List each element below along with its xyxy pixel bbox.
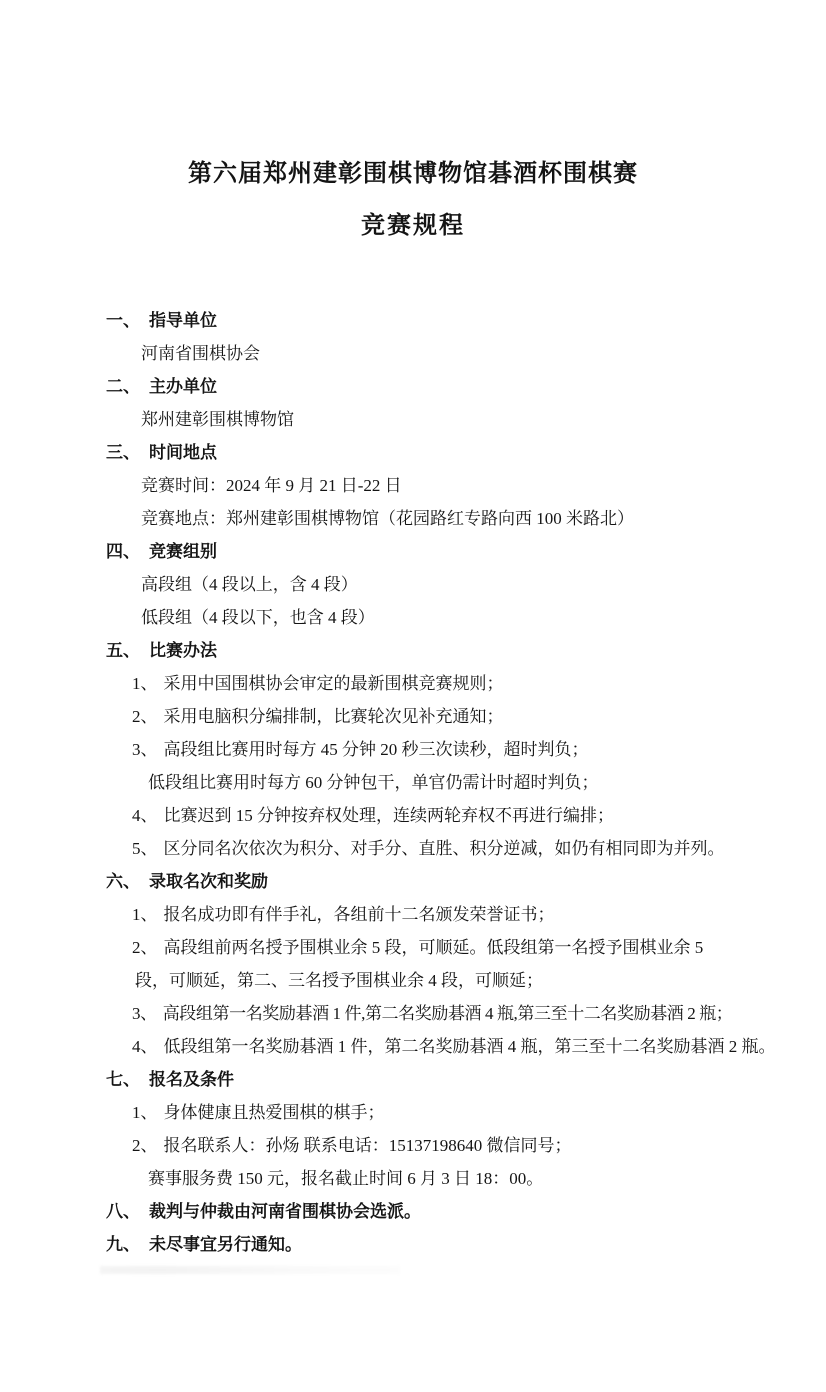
section-heading: 四、竞赛组别 [0,535,826,568]
section-heading-text: 主办单位 [149,377,217,396]
list-item: 4、低段组第一名奖励碁酒 1 件，第二名奖励碁酒 4 瓶，第三至十二名奖励碁酒 … [0,1030,826,1063]
list-item-text: 低段组第一名奖励碁酒 1 件，第二名奖励碁酒 4 瓶，第三至十二名奖励碁酒 2 … [164,1037,776,1056]
list-item: 3、高段组第一名奖励碁酒 1 件,第二名奖励碁酒 4 瓶,第三至十二名奖励碁酒 … [0,997,826,1030]
body-line-text: 郑州建彰围棋博物馆 [141,410,294,429]
list-item-text: 区分同名次依次为积分、对手分、直胜、积分逆减，如仍有相同即为并列。 [164,839,725,858]
faint-scan-artifact [100,1266,400,1274]
line-number: 4、 [132,1037,158,1056]
body-line-text: 竞赛地点：郑州建彰围棋博物馆（花园路红专路向西 100 米路北） [141,509,634,528]
body-line-text: 竞赛时间：2024 年 9 月 21 日-22 日 [141,476,402,495]
body-line: 河南省围棋协会 [0,337,826,370]
line-number: 4、 [132,806,158,825]
section-heading-text: 比赛办法 [149,641,217,660]
section-heading: 二、主办单位 [0,370,826,403]
list-item-text: 身体健康且热爱围棋的棋手； [164,1103,385,1122]
document-body: 第六届郑州建彰围棋博物馆碁酒杯围棋赛竞赛规程一、指导单位河南省围棋协会二、主办单… [0,0,826,1261]
line-number: 八、 [106,1202,140,1221]
list-item-text: 比赛迟到 15 分钟按弃权处理，连续两轮弃权不再进行编排； [164,806,615,825]
body-line-text: 低段组（4 段以下，也含 4 段） [141,608,375,627]
list-item: 2、报名联系人：孙炀 联系电话：15137198640 微信同号； [0,1129,826,1162]
list-item: 4、比赛迟到 15 分钟按弃权处理，连续两轮弃权不再进行编排； [0,799,826,832]
continuation-line: 段，可顺延，第二、三名授予围棋业余 4 段，可顺延； [0,964,826,997]
line-number: 六、 [106,872,140,891]
section-heading: 一、指导单位 [0,304,826,337]
list-item: 5、区分同名次依次为积分、对手分、直胜、积分逆减，如仍有相同即为并列。 [0,832,826,865]
section-heading: 九、未尽事宜另行通知。 [0,1228,826,1261]
document-page: 第六届郑州建彰围棋博物馆碁酒杯围棋赛竞赛规程一、指导单位河南省围棋协会二、主办单… [0,0,826,1392]
list-item: 1、采用中国围棋协会审定的最新围棋竞赛规则； [0,667,826,700]
section-heading-text: 裁判与仲裁由河南省围棋协会选派。 [149,1202,421,1221]
line-number: 一、 [106,311,140,330]
line-number: 1、 [132,674,158,693]
document-subtitle-text: 竞赛规程 [361,212,465,239]
section-heading: 七、报名及条件 [0,1063,826,1096]
line-number: 3、 [132,1004,157,1023]
list-item: 1、身体健康且热爱围棋的棋手； [0,1096,826,1129]
section-heading: 三、时间地点 [0,436,826,469]
section-heading-text: 报名及条件 [149,1070,234,1089]
section-heading-text: 指导单位 [149,311,217,330]
line-number: 二、 [106,377,140,396]
list-item: 1、报名成功即有伴手礼，各组前十二名颁发荣誉证书； [0,898,826,931]
body-line: 竞赛地点：郑州建彰围棋博物馆（花园路红专路向西 100 米路北） [0,502,826,535]
body-line: 低段组（4 段以下，也含 4 段） [0,601,826,634]
list-item-text: 高段组第一名奖励碁酒 1 件,第二名奖励碁酒 4 瓶,第三至十二名奖励碁酒 2 … [163,1004,733,1023]
section-heading-text: 竞赛组别 [149,542,217,561]
line-number: 5、 [132,839,158,858]
list-item-text: 高段组前两名授予围棋业余 5 段，可顺延。低段组第一名授予围棋业余 5 [164,938,704,957]
list-item-text: 采用中国围棋协会审定的最新围棋竞赛规则； [164,674,504,693]
section-heading-text: 时间地点 [149,443,217,462]
list-item-text: 报名成功即有伴手礼，各组前十二名颁发荣誉证书； [164,905,555,924]
list-item: 3、高段组比赛用时每方 45 分钟 20 秒三次读秒，超时判负； [0,733,826,766]
section-heading-text: 录取名次和奖励 [149,872,268,891]
line-number: 七、 [106,1070,140,1089]
line-number: 2、 [132,938,158,957]
list-item-text: 采用电脑积分编排制，比赛轮次见补充通知； [164,707,504,726]
list-item-text: 报名联系人：孙炀 联系电话：15137198640 微信同号； [164,1136,572,1155]
line-number: 3、 [132,740,158,759]
section-heading: 五、比赛办法 [0,634,826,667]
section-heading: 八、裁判与仲裁由河南省围棋协会选派。 [0,1195,826,1228]
line-number: 三、 [106,443,140,462]
document-title: 第六届郑州建彰围棋博物馆碁酒杯围棋赛 [0,148,826,200]
section-heading: 六、录取名次和奖励 [0,865,826,898]
continuation-line-text: 低段组比赛用时每方 60 分钟包干，单官仍需计时超时判负； [148,773,599,792]
line-number: 1、 [132,1103,158,1122]
continuation-line-text: 赛事服务费 150 元，报名截止时间 6 月 3 日 18：00。 [148,1169,543,1188]
line-number: 九、 [106,1235,140,1254]
document-subtitle: 竞赛规程 [0,200,826,252]
line-number: 2、 [132,1136,158,1155]
list-item: 2、高段组前两名授予围棋业余 5 段，可顺延。低段组第一名授予围棋业余 5 [0,931,826,964]
continuation-line: 低段组比赛用时每方 60 分钟包干，单官仍需计时超时判负； [0,766,826,799]
line-number: 四、 [106,542,140,561]
body-line-text: 高段组（4 段以上，含 4 段） [141,575,358,594]
body-line: 竞赛时间：2024 年 9 月 21 日-22 日 [0,469,826,502]
continuation-line-text: 段，可顺延，第二、三名授予围棋业余 4 段，可顺延； [135,971,543,990]
line-number: 2、 [132,707,158,726]
list-item-text: 高段组比赛用时每方 45 分钟 20 秒三次读秒，超时判负； [164,740,589,759]
continuation-line: 赛事服务费 150 元，报名截止时间 6 月 3 日 18：00。 [0,1162,826,1195]
body-line-text: 河南省围棋协会 [141,344,260,363]
section-heading-text: 未尽事宜另行通知。 [149,1235,302,1254]
body-line: 高段组（4 段以上，含 4 段） [0,568,826,601]
document-title-text: 第六届郑州建彰围棋博物馆碁酒杯围棋赛 [188,160,638,187]
body-line: 郑州建彰围棋博物馆 [0,403,826,436]
line-number: 五、 [106,641,140,660]
line-number: 1、 [132,905,158,924]
list-item: 2、采用电脑积分编排制，比赛轮次见补充通知； [0,700,826,733]
